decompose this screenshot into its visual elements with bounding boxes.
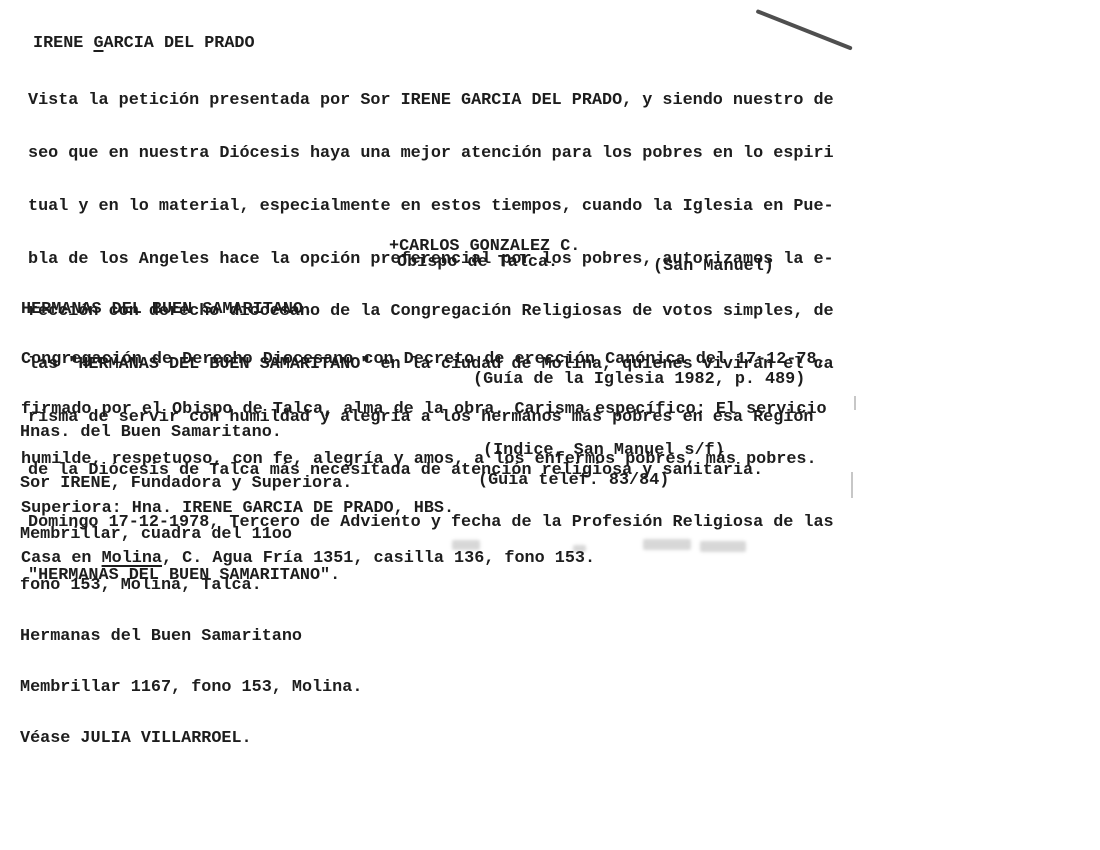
entry-line: fono 153, Molina, Talca. <box>20 577 362 594</box>
scan-edge-artifact <box>851 472 853 498</box>
entry-line: Hermanas del Buen Samaritano <box>20 628 362 645</box>
entry-line: Congregación de Derecho Diocesano con De… <box>21 352 827 369</box>
scan-edge-artifact <box>854 396 856 410</box>
diagonal-stroke-mark <box>756 9 853 51</box>
entry-heading: HERMANAS DEL BUEN SAMARITANO. <box>21 302 827 319</box>
decree-line: seo que en nuestra Diócesis haya una mej… <box>28 145 834 163</box>
scan-smudge <box>573 545 586 552</box>
title-part2: ARCIA DEL PRADO <box>104 34 255 53</box>
decree-line: tual y en lo material, especialmente en … <box>28 198 834 216</box>
document-title: IRENE GARCIA DEL PRADO <box>33 34 255 53</box>
scan-smudge <box>700 541 746 552</box>
entry-line: Membrillar, cuadra del 11oo <box>20 526 362 543</box>
title-part1: IRENE <box>33 34 93 53</box>
source-citation-indice: (Indice, San Manuel s/f) <box>483 441 725 460</box>
decree-line: Vista la petición presentada por Sor IRE… <box>28 92 834 110</box>
entry-line: Hnas. del Buen Samaritano. <box>20 424 362 441</box>
scanned-document-page: IRENE GARCIA DEL PRADO Vista la petición… <box>0 0 1100 850</box>
source-citation-guia-iglesia: (Guía de la Iglesia 1982, p. 489) <box>473 370 805 389</box>
scan-smudge <box>643 539 691 550</box>
entry-line: Véase JULIA VILLARROEL. <box>20 730 362 747</box>
entry-line: Membrillar 1167, fono 153, Molina. <box>20 679 362 696</box>
entry-hnas: Hnas. del Buen Samaritano. Sor IRENE, Fu… <box>20 390 362 781</box>
scan-smudge <box>452 540 480 550</box>
entry-line: Sor IRENE, Fundadora y Superiora. <box>20 475 362 492</box>
title-underlined-letter: G <box>93 34 103 53</box>
source-citation-guia-telef: (Guía telef. 83/84) <box>478 471 669 490</box>
